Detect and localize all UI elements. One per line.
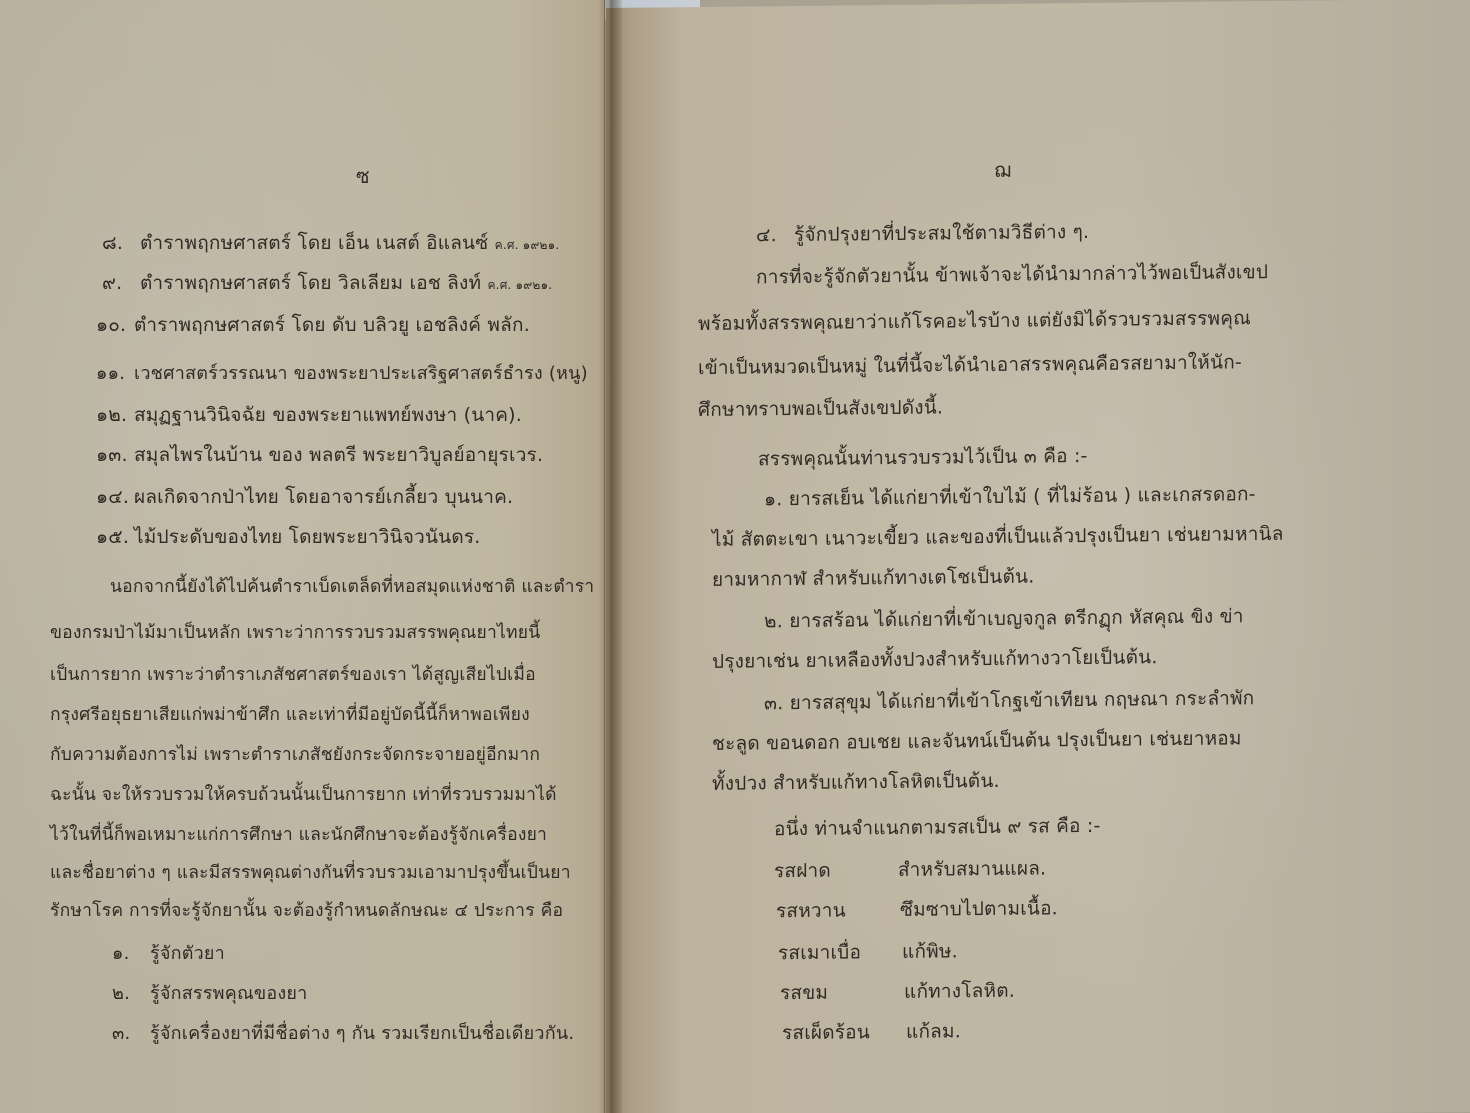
paragraph-line: เข้าเป็นหมวดเป็นหมู่ ในที่นี้จะได้นำเอาส…	[698, 347, 1242, 383]
reference-item: ๑๐.ตำราพฤกษศาสตร์ โดย ดับ บลิวยู เอชลิงค…	[96, 310, 530, 340]
reference-item: ๑๔.ผลเกิดจากป่าไทย โดยอาจารย์เกลี้ยว บุน…	[96, 482, 513, 512]
paragraph-line: ๑. ยารสเย็น ได้แก่ยาที่เข้าใบไม้ ( ที่ไม…	[764, 479, 1256, 514]
paragraph-line: ทั้งปวง สำหรับแก้ทางโลหิตเป็นต้น.	[712, 766, 1000, 799]
intro-paragraph: การที่จะรู้จักตัวยานั้น ข้าพเจ้าจะได้นำม…	[606, 0, 1470, 8]
paragraph-line: ยามหากาฬ สำหรับแก้ทางเตโชเป็นต้น.	[712, 562, 1034, 595]
taste-row: รสหวานซึมซาบไปตามเนื้อ.	[776, 893, 1058, 926]
reference-item: ๑๑.เวชศาสตร์วรรณนา ของพระยาประเสริฐศาสตร…	[96, 358, 588, 387]
reference-item: ๑๓.สมุลไพรในบ้าน ของ พลตรี พระยาวิบูลย์อ…	[96, 440, 543, 470]
page-number: ฌ	[994, 154, 1011, 186]
page-number: ซ	[356, 160, 370, 192]
reference-item: ๑๒.สมุฏฐานวินิจฉัย ของพระยาแพทย์พงษา (นา…	[96, 400, 522, 430]
groups-heading: สรรพคุณนั้นท่านรวบรวมไว้เป็น ๓ คือ :-	[758, 441, 1088, 474]
left-page: ซ ๘.ตำราพฤกษศาสตร์ โดย เอ็น เนสต์ อิแลนซ…	[0, 0, 605, 1113]
paragraph-line: การที่จะรู้จักตัวยานั้น ข้าพเจ้าจะได้นำม…	[756, 257, 1268, 292]
paragraph-line: ชะลูด ขอนดอก อบเชย และจันทน์เป็นต้น ปรุง…	[712, 723, 1242, 759]
taste-row: รสฝาดสำหรับสมานแผล.	[774, 853, 1046, 886]
paragraph-line: ๓. ยารสสุขุม ได้แก่ยาที่เข้าโกฐเข้าเทียน…	[764, 683, 1254, 718]
criteria-item-4: ๔.รู้จักปรุงยาที่ประสมใช้ตามวิธีต่าง ๆ.	[756, 217, 1089, 250]
paragraph-line: ๒. ยารสร้อน ได้แก่ยาที่เข้าเบญจกูล ตรีกฏ…	[764, 601, 1244, 636]
reference-item: ๘.ตำราพฤกษศาสตร์ โดย เอ็น เนสต์ อิแลนซ์ …	[102, 228, 559, 258]
criteria-item: ๑.รู้จักตัวยา	[112, 938, 225, 967]
paragraph-line: ศึกษาทราบพอเป็นสังเขปดังนี้.	[698, 392, 943, 425]
paragraph-line: ของกรมป่าไม้มาเป็นหลัก เพราะว่าการรวบรวม…	[50, 618, 540, 646]
groups-paragraph: ๑. ยารสเย็น ได้แก่ยาที่เข้าใบไม้ ( ที่ไม…	[606, 0, 1470, 8]
paragraph-line: และชื่อยาต่าง ๆ และมีสรรพคุณต่างกันที่รว…	[50, 858, 571, 886]
reference-item: ๙.ตำราพฤกษศาสตร์ โดย วิลเลียม เอช ลิงท์ …	[102, 268, 552, 298]
tastes-heading: อนึ่ง ท่านจำแนกตามรสเป็น ๙ รส คือ :-	[774, 811, 1101, 844]
paragraph-line: ไม้ สัตตะเขา เนาวะเขี้ยว และของที่เป็นแล…	[712, 519, 1284, 555]
paragraph-line: เป็นการยาก เพราะว่าตำราเภสัชศาสตร์ของเรา…	[50, 660, 536, 688]
paragraph-line: พร้อมทั้งสรรพคุณยาว่าแก้โรคอะไรบ้าง แต่ย…	[698, 303, 1251, 339]
paragraph-line: กับความต้องการไม่ เพราะตำราเภสัชยังกระจั…	[50, 740, 540, 768]
paragraph-line: กรุงศรีอยุธยาเสียแก่พม่าข้าศึก และเท่าที…	[50, 700, 530, 728]
taste-row: รสเมาเบื่อแก้พิษ.	[778, 936, 958, 968]
criteria-item: ๒.รู้จักสรรพคุณของยา	[112, 978, 307, 1007]
paragraph-line: ฉะนั้น จะให้รวบรวมให้ครบถ้วนนั้นเป็นการย…	[50, 780, 557, 808]
criteria-item: ๓.รู้จักเครื่องยาที่มีชื่อต่าง ๆ กัน รวม…	[112, 1018, 574, 1047]
reference-item: ๑๕.ไม้ประดับของไทย โดยพระยาวินิจวนันดร.	[96, 522, 481, 552]
right-page: ฌ ๔.รู้จักปรุงยาที่ประสมใช้ตามวิธีต่าง ๆ…	[606, 0, 1470, 1113]
paragraph-line: ปรุงยาเช่น ยาเหลืองทั้งปวงสำหรับแก้ทางวา…	[712, 642, 1158, 677]
taste-row: รสเผ็ดร้อนแก้ลม.	[782, 1016, 961, 1048]
paragraph-line: นอกจากนี้ยังได้ไปค้นตำราเบ็ดเตล็ดที่หอสม…	[110, 572, 594, 600]
paragraph-line: ไว้ในที่นี้ก็พอเหมาะแก่การศึกษา และนักศึ…	[50, 820, 547, 848]
paragraph-line: รักษาโรค การที่จะรู้จักยานั้น จะต้องรู้ก…	[50, 896, 563, 924]
taste-row: รสขมแก้ทางโลหิต.	[780, 976, 1015, 1008]
tastes-table: รสฝาดสำหรับสมานแผล. รสหวานซึมซาบไปตามเนื…	[606, 0, 1470, 8]
